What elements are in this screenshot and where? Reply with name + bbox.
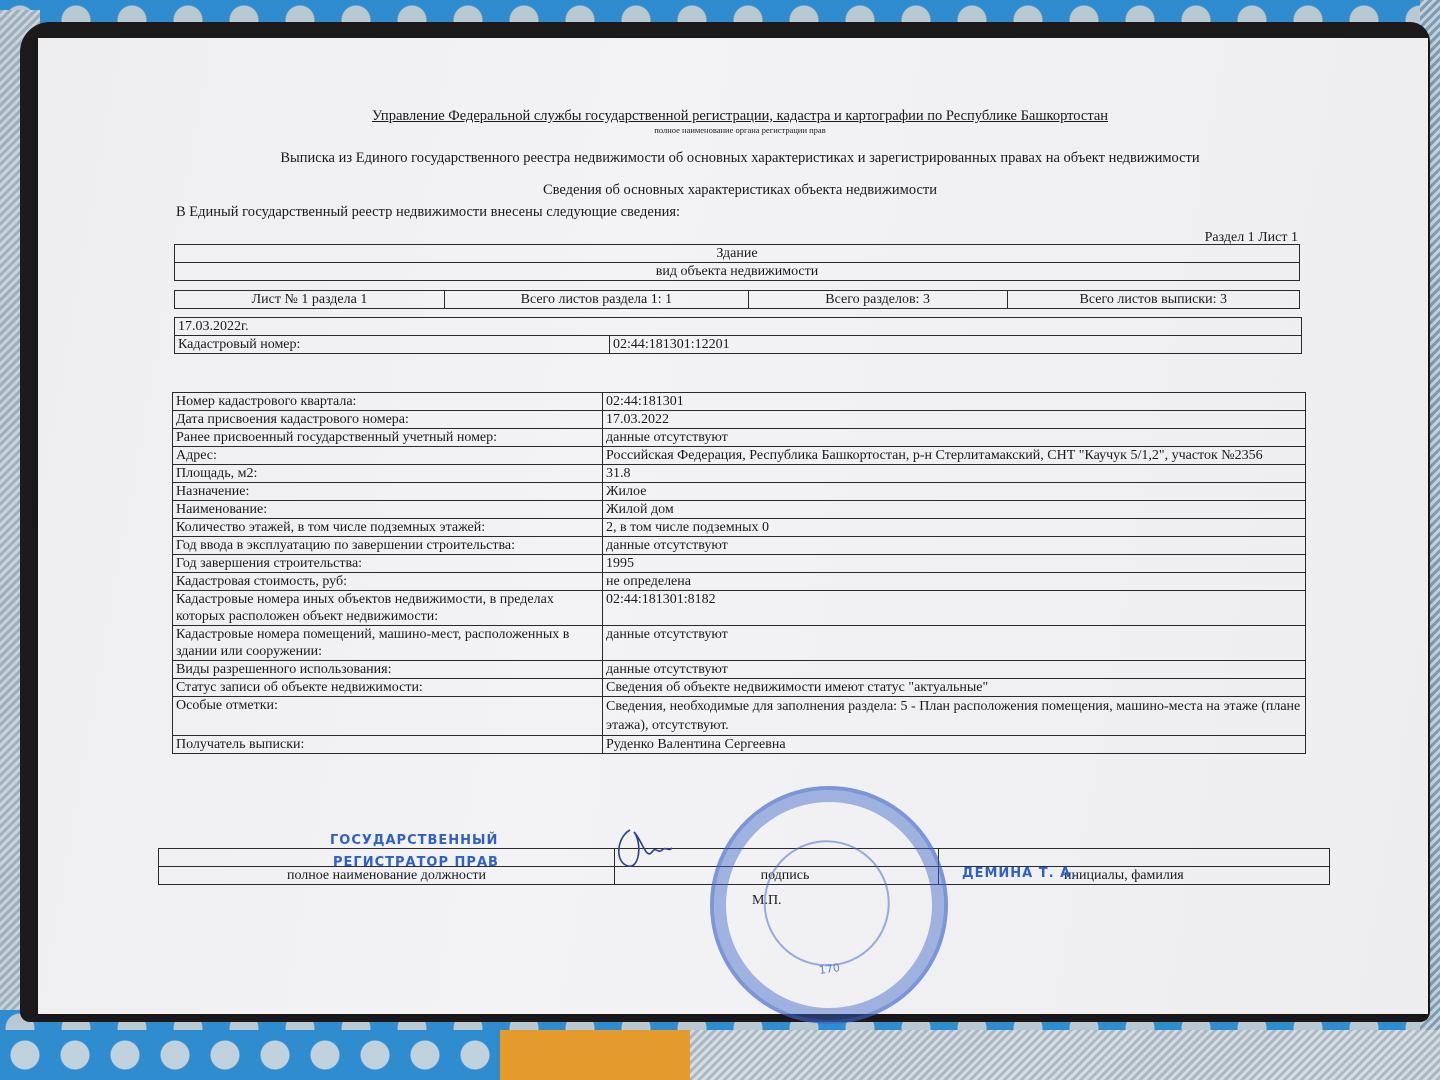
row-value: 2, в том числе подземных 0 — [603, 519, 1306, 537]
row-value: данные отсутствуют — [603, 429, 1306, 447]
sections-total: Всего разделов: 3 — [748, 291, 1007, 309]
table-row: Кадастровые номера иных объектов недвижи… — [173, 591, 1306, 626]
row-value: данные отсутствуют — [603, 537, 1306, 555]
row-value: данные отсутствуют — [603, 661, 1306, 679]
row-label: Количество этажей, в том числе подземных… — [173, 519, 603, 537]
cadastral-header-table: 17.03.2022г. Кадастровый номер: 02:44:18… — [174, 317, 1302, 354]
row-value: 1995 — [603, 555, 1306, 573]
row-label: Ранее присвоенный государственный учетны… — [173, 429, 603, 447]
characteristics-table: Номер кадастрового квартала:02:44:181301… — [172, 392, 1306, 754]
section-sheets-total: Всего листов раздела 1: 1 — [445, 291, 749, 309]
table-row: Ранее присвоенный государственный учетны… — [173, 429, 1306, 447]
table-row: Адрес:Российская Федерация, Республика Б… — [173, 447, 1306, 465]
row-value: Сведения об объекте недвижимости имеют с… — [603, 679, 1306, 697]
row-label: Виды разрешенного использования: — [173, 661, 603, 679]
position-stamp-line1: ГОСУДАРСТВЕННЫЙ — [330, 833, 498, 848]
table-row: Количество этажей, в том числе подземных… — [173, 519, 1306, 537]
cadastral-label: Кадастровый номер: — [175, 336, 610, 354]
row-value: 02:44:181301 — [603, 393, 1306, 411]
row-label: Год завершения строительства: — [173, 555, 603, 573]
section-title: Сведения об основных характеристиках объ… — [160, 182, 1320, 199]
name-stamp: ДЕМИНА Т. А. — [962, 866, 1077, 881]
table-row: Статус записи об объекте недвижимости:Св… — [173, 679, 1306, 697]
name-cell — [939, 849, 1330, 867]
row-value: Жилой дом — [603, 501, 1306, 519]
row-value: 02:44:181301:8182 — [603, 591, 1306, 626]
organization-caption: полное наименование органа регистрации п… — [300, 125, 1180, 135]
table-row: Кадастровая стоимость, руб:не определена — [173, 573, 1306, 591]
row-value: 31.8 — [603, 465, 1306, 483]
organization-title: Управление Федеральной службы государств… — [300, 108, 1180, 125]
document-title: Выписка из Единого государственного реес… — [160, 150, 1320, 167]
object-type-value: Здание — [175, 245, 1300, 263]
row-label: Дата присвоения кадастрового номера: — [173, 411, 603, 429]
row-value: 17.03.2022 — [603, 411, 1306, 429]
object-type-table: Здание вид объекта недвижимости — [174, 244, 1300, 281]
seal-number: 170 — [818, 961, 841, 977]
row-value: Российская Федерация, Республика Башкорт… — [603, 447, 1306, 465]
table-row: Наименование:Жилой дом — [173, 501, 1306, 519]
sheet-number: Лист № 1 раздела 1 — [175, 291, 445, 309]
table-row: Год завершения строительства:1995 — [173, 555, 1306, 573]
table-row: Площадь, м2:31.8 — [173, 465, 1306, 483]
sheets-table: Лист № 1 раздела 1 Всего листов раздела … — [174, 290, 1300, 309]
row-label: Кадастровые номера помещений, машино-мес… — [173, 626, 603, 661]
row-label: Год ввода в эксплуатацию по завершении с… — [173, 537, 603, 555]
table-row: Дата присвоения кадастрового номера:17.0… — [173, 411, 1306, 429]
row-value: Жилое — [603, 483, 1306, 501]
row-label: Номер кадастрового квартала: — [173, 393, 603, 411]
object-type-caption: вид объекта недвижимости — [175, 263, 1300, 281]
extract-sheets-total: Всего листов выписки: 3 — [1007, 291, 1300, 309]
table-row: Особые отметки:Сведения, необходимые для… — [173, 697, 1306, 736]
table-row: Получатель выписки:Руденко Валентина Сер… — [173, 736, 1306, 754]
row-label: Получатель выписки: — [173, 736, 603, 754]
table-row: Назначение:Жилое — [173, 483, 1306, 501]
row-label: Адрес: — [173, 447, 603, 465]
row-value: данные отсутствуют — [603, 626, 1306, 661]
row-label: Кадастровая стоимость, руб: — [173, 573, 603, 591]
seal-mark: М.П. — [752, 893, 782, 909]
row-label: Назначение: — [173, 483, 603, 501]
row-label: Площадь, м2: — [173, 465, 603, 483]
handwritten-signature — [612, 822, 682, 872]
row-value: Руденко Валентина Сергеевна — [603, 736, 1306, 754]
row-label: Особые отметки: — [173, 697, 603, 736]
cadastral-value: 02:44:181301:12201 — [610, 336, 1302, 354]
row-label: Статус записи об объекте недвижимости: — [173, 679, 603, 697]
record-date: 17.03.2022г. — [175, 318, 1302, 336]
row-label: Кадастровые номера иных объектов недвижи… — [173, 591, 603, 626]
fabric-bottom-dots — [0, 1030, 500, 1080]
table-row: Виды разрешенного использования:данные о… — [173, 661, 1306, 679]
position-stamp-line2: РЕГИСТРАТОР ПРАВ — [333, 855, 499, 870]
table-row: Кадастровые номера помещений, машино-мес… — [173, 626, 1306, 661]
row-label: Наименование: — [173, 501, 603, 519]
table-row: Номер кадастрового квартала:02:44:181301 — [173, 393, 1306, 411]
table-row: Год ввода в эксплуатацию по завершении с… — [173, 537, 1306, 555]
row-value: Сведения, необходимые для заполнения раз… — [603, 697, 1306, 736]
intro-text: В Единый государственный реестр недвижим… — [176, 204, 680, 221]
row-value: не определена — [603, 573, 1306, 591]
